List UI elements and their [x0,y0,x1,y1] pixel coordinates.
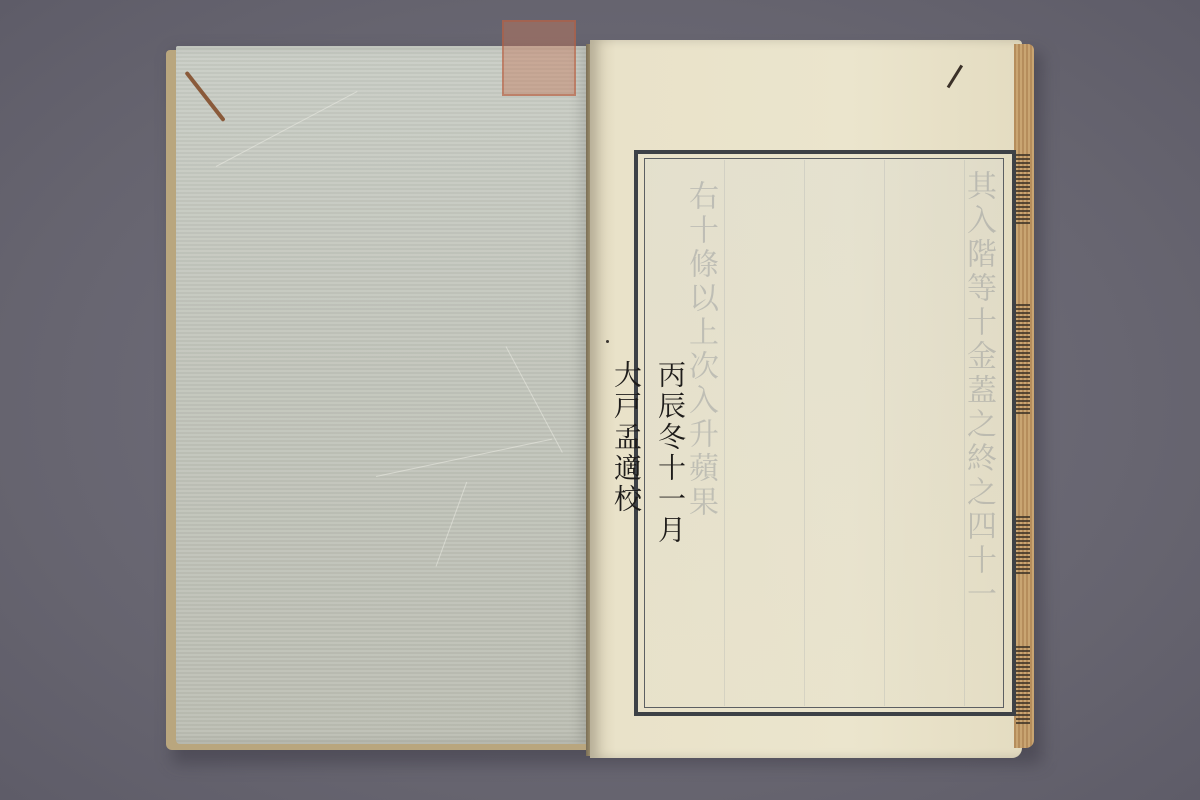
left-endpaper [176,46,588,744]
column-rule [884,160,885,706]
handwritten-inscription: 丙辰冬十一月大戸孟適校 [648,360,692,546]
show-through-text: 其入階等十金蓋之終之四十一 [956,170,1000,612]
inscription-date: 丙辰冬十一月 [648,360,692,546]
collector-seal [502,20,576,96]
column-rule [804,160,805,706]
inscription-name: 大戸孟適校 [604,360,648,546]
column-rule [724,160,725,706]
binding-hole [606,340,609,343]
fore-edge [1014,44,1034,748]
